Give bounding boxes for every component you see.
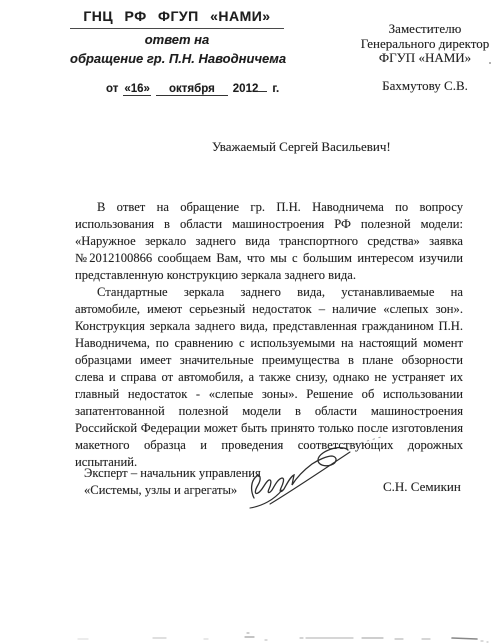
scanned-letter-page: ГНЦ РФ ФГУП «НАМИ» ответ на обращение гр… — [0, 0, 500, 644]
handwritten-signature-icon — [240, 430, 390, 512]
scan-speck — [489, 62, 491, 64]
signer-title-line-2: «Системы, узлы и агрегаты» — [84, 482, 261, 499]
salutation: Уважаемый Сергей Васильевич! — [212, 139, 391, 155]
date-suffix: г. — [272, 83, 279, 95]
addressee-line-2: Генерального директор — [352, 37, 498, 52]
addressee-line-3: ФГУП «НАМИ» — [352, 51, 498, 66]
letterhead-stamp: ГНЦ РФ ФГУП «НАМИ» ответ на обращение гр… — [70, 8, 284, 96]
subject-line-1: ответ на — [70, 33, 284, 48]
date-blank — [258, 91, 267, 92]
date-month: октября — [156, 83, 228, 96]
scan-artifact-line — [0, 626, 500, 644]
addressee-name: Бахмутову С.В. — [352, 79, 498, 94]
date-year: 2012 — [233, 83, 259, 95]
signer-title-line-1: Эксперт – начальник управления — [84, 465, 261, 482]
date-line: от«16»октября2012г. — [70, 83, 284, 96]
addressee-block: Заместителю Генерального директор ФГУП «… — [352, 22, 498, 93]
date-prefix: от — [106, 83, 118, 95]
letterhead-divider — [70, 28, 284, 29]
signer-title: Эксперт – начальник управления «Системы,… — [84, 465, 261, 498]
addressee-line-1: Заместителю — [352, 22, 498, 37]
subject-line-2: обращение гр. П.Н. Наводничема — [70, 52, 284, 67]
signer-name: С.Н. Семикин — [383, 479, 461, 495]
body-paragraph-1: В ответ на обращение гр. П.Н. Наводничем… — [75, 199, 463, 284]
date-day: «16» — [123, 83, 151, 96]
organization-name: ГНЦ РФ ФГУП «НАМИ» — [70, 8, 284, 24]
